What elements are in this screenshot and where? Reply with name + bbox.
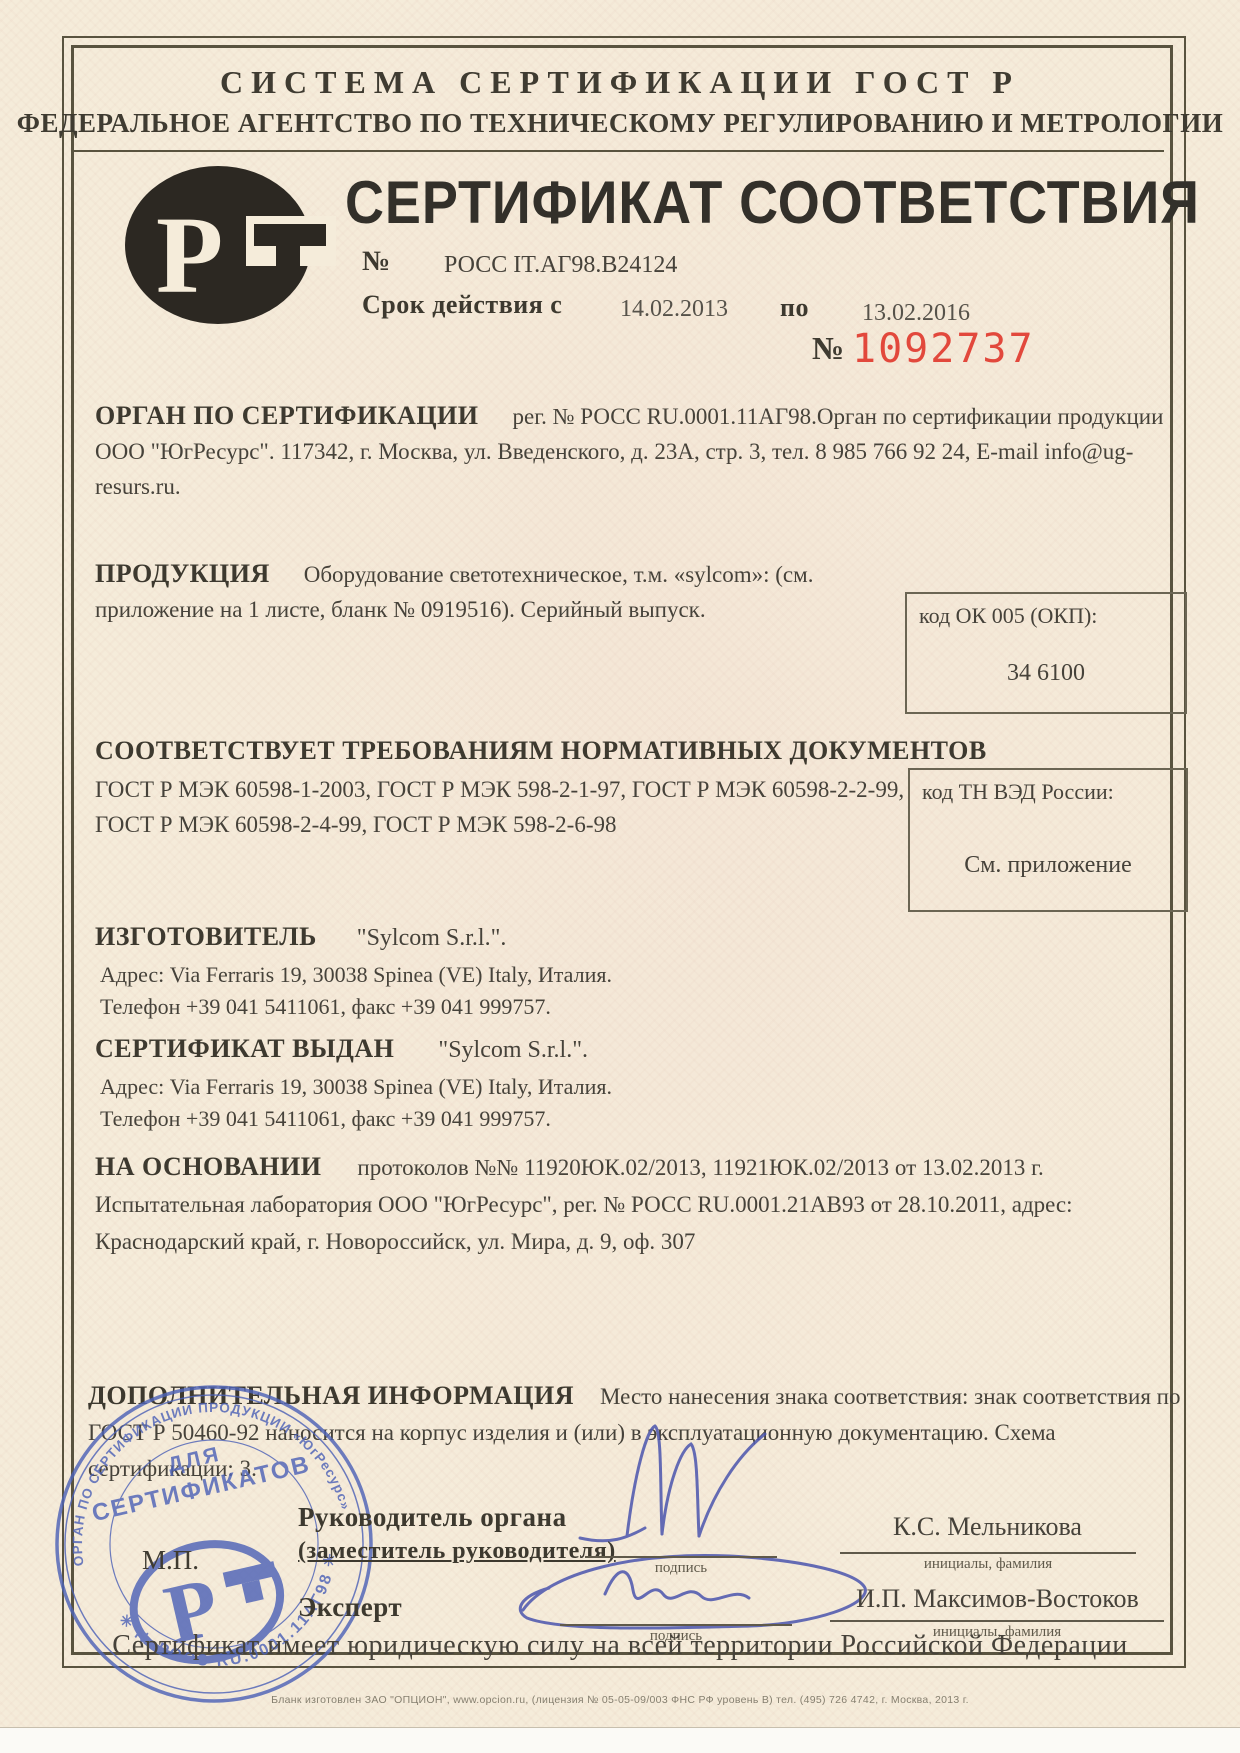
head-name-line bbox=[840, 1552, 1136, 1554]
blank-number-sign: № bbox=[812, 330, 844, 367]
head-role-note: (заместитель руководителя) bbox=[298, 1538, 616, 1565]
head-signature-line bbox=[585, 1556, 777, 1558]
rst-logo-t-bar bbox=[254, 224, 326, 246]
valid-to-date: 13.02.2016 bbox=[862, 300, 970, 327]
certification-body-section: ОРГАН ПО СЕРТИФИКАЦИИрег. № РОСС RU.0001… bbox=[95, 398, 1181, 504]
legal-note: Сертификат имеет юридическую силу на все… bbox=[0, 1630, 1240, 1662]
manufacturer-label: ИЗГОТОВИТЕЛЬ bbox=[95, 922, 317, 951]
rst-logo-p-letter: Р bbox=[156, 194, 223, 316]
basis-label: НА ОСНОВАНИИ bbox=[95, 1152, 321, 1181]
basis-section: НА ОСНОВАНИИпротоколов №№ 11920ЮК.02/201… bbox=[95, 1148, 1185, 1260]
expert-name: И.П. Максимов-Востоков bbox=[835, 1584, 1160, 1614]
certification-body-label: ОРГАН ПО СЕРТИФИКАЦИИ bbox=[95, 401, 479, 430]
mp-seal-place-label: М.П. bbox=[142, 1545, 199, 1576]
scan-edge bbox=[0, 1727, 1240, 1753]
stamp-emblem-t-foot bbox=[242, 1580, 264, 1604]
header-rule bbox=[74, 150, 1164, 152]
cert-number-sign: № bbox=[362, 246, 391, 278]
tnved-code-label: код ТН ВЭД России: bbox=[910, 770, 1186, 805]
rst-logo: Р bbox=[118, 160, 336, 332]
issued-to-name: "Sylcom S.r.l.". bbox=[438, 1037, 588, 1063]
head-role-label: Руководитель органа bbox=[298, 1502, 567, 1533]
head-signature-caption: подпись bbox=[585, 1560, 777, 1577]
okp-code-value: 34 6100 bbox=[907, 660, 1185, 687]
validity-to-label: по bbox=[780, 293, 809, 323]
head-name-caption: инициалы, фамилия bbox=[840, 1556, 1136, 1573]
conformity-label: СООТВЕТСТВУЕТ ТРЕБОВАНИЯМ НОРМАТИВНЫХ ДО… bbox=[95, 736, 987, 766]
manufacturer-phone: Телефон +39 041 5411061, факс +39 041 99… bbox=[100, 994, 551, 1020]
validity-label: Срок действия с bbox=[362, 290, 562, 320]
manufacturer-name: "Sylcom S.r.l.". bbox=[357, 925, 507, 951]
valid-from-date: 14.02.2013 bbox=[620, 296, 728, 323]
expert-name-line bbox=[830, 1620, 1164, 1622]
system-title: СИСТЕМА СЕРТИФИКАЦИИ ГОСТ Р bbox=[0, 64, 1240, 101]
tnved-code-box: код ТН ВЭД России: См. приложение bbox=[908, 768, 1188, 912]
agency-title: ФЕДЕРАЛЬНОЕ АГЕНТСТВО ПО ТЕХНИЧЕСКОМУ РЕ… bbox=[0, 108, 1240, 139]
tnved-code-value: См. приложение bbox=[910, 852, 1186, 879]
document-title: СЕРТИФИКАТ СООТВЕТСТВИЯ bbox=[345, 168, 1200, 237]
expert-role-label: Эксперт bbox=[298, 1592, 402, 1623]
cert-number-value: РОСС IT.АГ98.В24124 bbox=[444, 252, 677, 279]
rst-logo-t-foot bbox=[276, 246, 300, 272]
expert-signature-line bbox=[560, 1624, 792, 1626]
manufacturer-address: Адрес: Via Ferraris 19, 30038 Spinea (VE… bbox=[100, 962, 612, 988]
blank-number: 1092737 bbox=[852, 326, 1035, 372]
production-label: ПРОДУКЦИЯ bbox=[95, 559, 270, 588]
okp-code-box: код ОК 005 (ОКП): 34 6100 bbox=[905, 592, 1187, 714]
blank-maker-fine-print: Бланк изготовлен ЗАО "ОПЦИОН", www.opcio… bbox=[0, 1694, 1240, 1706]
head-signature-stroke bbox=[565, 1408, 780, 1558]
certificate-page: СИСТЕМА СЕРТИФИКАЦИИ ГОСТ Р ФЕДЕРАЛЬНОЕ … bbox=[0, 0, 1240, 1753]
manufacturer-section: ИЗГОТОВИТЕЛЬ"Sylcom S.r.l.". bbox=[95, 922, 506, 952]
issued-to-label: СЕРТИФИКАТ ВЫДАН bbox=[95, 1034, 394, 1063]
okp-code-label: код ОК 005 (ОКП): bbox=[907, 594, 1185, 629]
conformity-text: ГОСТ Р МЭК 60598-1-2003, ГОСТ Р МЭК 598-… bbox=[95, 772, 907, 842]
issued-to-section: СЕРТИФИКАТ ВЫДАН"Sylcom S.r.l.". bbox=[95, 1034, 588, 1064]
production-section: ПРОДУКЦИЯОборудование светотехническое, … bbox=[95, 556, 895, 627]
head-name: К.С. Мельникова bbox=[845, 1512, 1130, 1542]
issued-to-address: Адрес: Via Ferraris 19, 30038 Spinea (VE… bbox=[100, 1074, 612, 1100]
issued-to-phone: Телефон +39 041 5411061, факс +39 041 99… bbox=[100, 1106, 551, 1132]
